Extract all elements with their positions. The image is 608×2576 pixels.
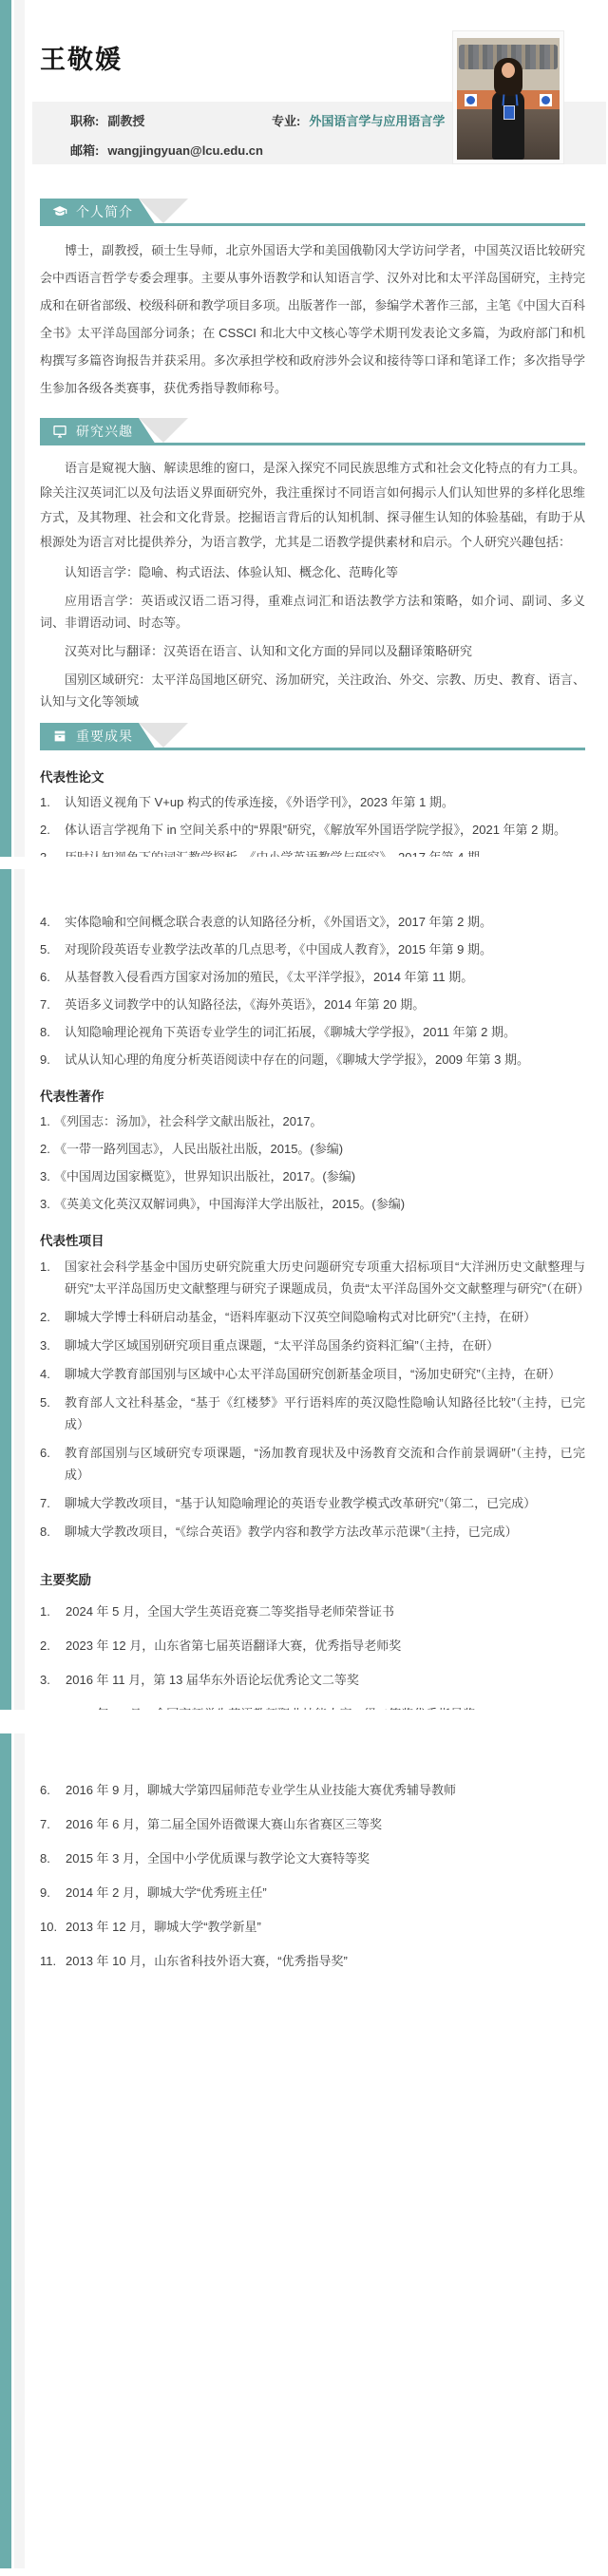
title-row: 职称:副教授 (70, 114, 272, 135)
section-title: 研究兴趣 (76, 422, 133, 441)
intro-paragraph: 博士，副教授，硕士生导师，北京外国语大学和美国俄勒冈大学访问学者，中国英汉语比较… (40, 237, 585, 402)
item-text: 2016 年 12 月，全国高师学生英语教师职业技能大赛一级二等奖优秀指导奖 (66, 1703, 585, 1710)
list-item: 4.实体隐喻和空间概念联合表意的认知路径分析，《外国语文》，2017 年第 2 … (40, 911, 585, 933)
awards-list-part1: 1.2024 年 5 月，全国大学生英语竞赛二等奖指导老师荣誉证书2.2023 … (40, 1601, 585, 1710)
list-item: 3.2016 年 11 月，第 13 届华东外语论坛优秀论文二等奖 (40, 1669, 585, 1691)
list-item: 6.从基督教入侵看西方国家对汤加的殖民，《太平洋学报》，2014 年第 11 期… (40, 966, 585, 988)
books-list: 1.《列国志：汤加》，社会科学文献出版社，2017。2.《一带一路列国志》，人民… (40, 1110, 585, 1215)
left-gutter (14, 869, 25, 1710)
list-item: 10.2013 年 12 月，聊城大学“教学新星” (40, 1916, 585, 1938)
photo-lanyard (502, 94, 518, 105)
item-text: 历时认知视角下的词汇教学探析，《中小学英语教学与研究》，2017 年第 4 期。 (65, 846, 585, 857)
list-item: 7.聊城大学教改项目，“基于认知隐喻理论的英语专业教学模式改革研究”（第二，已完… (40, 1492, 585, 1514)
page-1: 王敬媛 职称:副教授 专业:外国语言学与应用语言学 邮箱:wangjingyua… (0, 0, 608, 857)
papers-list-part2: 4.实体隐喻和空间概念联合表意的认知路径分析，《外国语文》，2017 年第 2 … (40, 911, 585, 1070)
item-number: 3. (40, 1669, 66, 1691)
item-number: 8. (40, 1021, 65, 1043)
list-item: 9.2014 年 2 月，聊城大学“优秀班主任” (40, 1882, 585, 1904)
monitor-icon (52, 424, 67, 439)
item-number: 10. (40, 1916, 66, 1938)
item-text: 教育部人文社科基金，“基于《红楼梦》平行语料库的英汉隐性隐喻认知路径比较”（主持… (65, 1392, 585, 1435)
papers-heading: 代表性论文 (40, 767, 585, 786)
list-item: 5.对现阶段英语专业教学法改革的几点思考，《中国成人教育》，2015 年第 9 … (40, 938, 585, 960)
item-number: 1. (40, 1601, 66, 1622)
projects-heading: 代表性项目 (40, 1230, 585, 1249)
item-number: 4. (40, 911, 65, 933)
item-text: 2023 年 12 月，山东省第七届英语翻译大赛，优秀指导老师奖 (66, 1635, 585, 1657)
item-number: 2. (40, 1635, 66, 1657)
item-text: 2013 年 10 月，山东省科技外语大赛，“优秀指导奖” (66, 1950, 585, 1972)
item-text: 2015 年 3 月，全国中小学优质课与教学论文大赛特等奖 (66, 1847, 585, 1869)
item-text: 2016 年 6 月，第二届全国外语微课大赛山东省赛区三等奖 (66, 1813, 585, 1835)
item-text: 认知隐喻理论视角下英语专业学生的词汇拓展，《聊城大学学报》，2011 年第 2 … (65, 1021, 585, 1043)
item-number: 4. (40, 1363, 65, 1385)
title-label: 职称: (70, 114, 99, 128)
list-item: 6.2016 年 9 月，聊城大学第四届师范专业学生从业技能大赛优秀辅导教师 (40, 1779, 585, 1801)
item-number: 9. (40, 1049, 65, 1070)
item-number: 7. (40, 1492, 65, 1514)
major-value: 外国语言学与应用语言学 (309, 114, 445, 128)
item-number: 1. (40, 791, 65, 813)
papers-list-part1: 1.认知语义视角下 V+up 构式的传承连接，《外语学刊》，2023 年第 1 … (40, 791, 585, 857)
page-2: 4.实体隐喻和空间概念联合表意的认知路径分析，《外国语文》，2017 年第 2 … (0, 869, 608, 1710)
list-item: 1.认知语义视角下 V+up 构式的传承连接，《外语学刊》，2023 年第 1 … (40, 791, 585, 813)
item-text: 聊城大学博士科研启动基金，“语料库驱动下汉英空间隐喻构式对比研究”（主持，在研） (65, 1306, 585, 1328)
item-text: 从基督教入侵看西方国家对汤加的殖民，《太平洋学报》，2014 年第 11 期。 (65, 966, 585, 988)
list-item: 8.认知隐喻理论视角下英语专业学生的词汇拓展，《聊城大学学报》，2011 年第 … (40, 1021, 585, 1043)
left-gutter (14, 1733, 25, 2568)
item-text: 聊城大学教育部国别与区域中心太平洋岛国研究创新基金项目，“汤加史研究”（主持，在… (65, 1363, 585, 1385)
item-number: 8. (40, 1521, 65, 1543)
interest-item: 认知语言学：隐喻、构式语法、体验认知、概念化、范畴化等 (40, 561, 585, 583)
item-text: 对现阶段英语专业教学法改革的几点思考，《中国成人教育》，2015 年第 9 期。 (65, 938, 585, 960)
section-header-interests: 研究兴趣 (40, 418, 585, 446)
item-text: 实体隐喻和空间概念联合表意的认知路径分析，《外国语文》，2017 年第 2 期。 (65, 911, 585, 933)
list-item: 2.体认语言学视角下 in 空间关系中的“界限”研究，《解放军外国语学院学报》，… (40, 819, 585, 841)
item-number: 1. (40, 1256, 65, 1299)
item-text: 《中国周边国家概览》，世界知识出版社，2017。(参编) (54, 1165, 585, 1187)
list-item: 3.《英美文化英汉双解词典》，中国海洋大学出版社，2015。(参编) (40, 1193, 585, 1215)
list-item: 8.聊城大学教改项目，“《综合英语》教学内容和教学方法改革示范课”（主持，已完成… (40, 1521, 585, 1543)
list-item: 9.试从认知心理的角度分析英语阅读中存在的问题，《聊城大学学报》，2009 年第… (40, 1049, 585, 1070)
item-text: 英语多义词教学中的认知路径法，《海外英语》，2014 年第 20 期。 (65, 994, 585, 1015)
item-text: 体认语言学视角下 in 空间关系中的“界限”研究，《解放军外国语学院学报》，20… (65, 819, 585, 841)
item-number: 7. (40, 1813, 66, 1835)
item-text: 认知语义视角下 V+up 构式的传承连接，《外语学刊》，2023 年第 1 期。 (65, 791, 585, 813)
item-text: 2014 年 2 月，聊城大学“优秀班主任” (66, 1882, 585, 1904)
item-text: 教育部国别与区域研究专项课题，“汤加教育现状及中汤教育交流和合作前景调研”（主持… (65, 1442, 585, 1486)
list-item: 1.《列国志：汤加》，社会科学文献出版社，2017。 (40, 1110, 585, 1132)
list-item: 8.2015 年 3 月，全国中小学优质课与教学论文大赛特等奖 (40, 1847, 585, 1869)
profile-photo (452, 30, 564, 164)
photo-badge (503, 105, 515, 120)
item-text: 聊城大学教改项目，“《综合英语》教学内容和教学方法改革示范课”（主持，已完成） (65, 1521, 585, 1543)
list-item: 1.国家社会科学基金中国历史研究院重大历史问题研究专项重大招标项目“大洋洲历史文… (40, 1256, 585, 1299)
item-number: 1. (40, 1110, 54, 1132)
item-number: 3. (40, 1193, 54, 1215)
list-item: 2.《一带一路列国志》，人民出版社出版，2015。(参编) (40, 1138, 585, 1160)
interest-item: 应用语言学：英语或汉语二语习得，重难点词汇和语法教学方法和策略，如介词、副词、多… (40, 590, 585, 634)
email-label: 邮箱: (70, 143, 99, 158)
list-item: 7.2016 年 6 月，第二届全国外语微课大赛山东省赛区三等奖 (40, 1813, 585, 1835)
item-number: 3. (40, 1165, 54, 1187)
item-text: 2013 年 12 月，聊城大学“教学新星” (66, 1916, 585, 1938)
item-number: 9. (40, 1882, 66, 1904)
item-text: 《列国志：汤加》，社会科学文献出版社，2017。 (54, 1110, 585, 1132)
item-number: 8. (40, 1847, 66, 1869)
list-item: 7.英语多义词教学中的认知路径法，《海外英语》，2014 年第 20 期。 (40, 994, 585, 1015)
list-item: 3.《中国周边国家概览》，世界知识出版社，2017。(参编) (40, 1165, 585, 1187)
photo-person-face (502, 63, 515, 78)
left-gutter (14, 0, 25, 857)
item-number: 2. (40, 1138, 54, 1160)
list-item: 2.聊城大学博士科研启动基金，“语料库驱动下汉英空间隐喻构式对比研究”（主持，在… (40, 1306, 585, 1328)
item-text: 国家社会科学基金中国历史研究院重大历史问题研究专项重大招标项目“大洋洲历史文献整… (65, 1256, 585, 1299)
list-item: 3.历时认知视角下的词汇教学探析，《中小学英语教学与研究》，2017 年第 4 … (40, 846, 585, 857)
section-title: 重要成果 (76, 727, 133, 746)
section-flag: 研究兴趣 (40, 418, 156, 445)
item-text: 《英美文化英汉双解词典》，中国海洋大学出版社，2015。(参编) (54, 1193, 585, 1215)
item-text: 《一带一路列国志》，人民出版社出版，2015。(参编) (54, 1138, 585, 1160)
item-number: 6. (40, 1779, 66, 1801)
email-row: 邮箱:wangjingyuan@lcu.edu.cn (70, 143, 272, 164)
interest-item: 汉英对比与翻译：汉英语在语言、认知和文化方面的异同以及翻译策略研究 (40, 640, 585, 662)
list-item: 2.2023 年 12 月，山东省第七届英语翻译大赛，优秀指导老师奖 (40, 1635, 585, 1657)
section-flag: 重要成果 (40, 723, 156, 749)
list-item: 3.聊城大学区域国别研究项目重点课题，“太平洋岛国条约资料汇编”（主持，在研） (40, 1335, 585, 1356)
interests-paragraph: 语言是窥视大脑、解读思维的窗口，是深入探究不同民族思维方式和社会文化特点的有力工… (40, 456, 585, 555)
title-value: 副教授 (107, 114, 144, 128)
email-value: wangjingyuan@lcu.edu.cn (107, 143, 263, 158)
item-number: 4. (40, 1703, 66, 1710)
left-accent-strip (0, 0, 11, 857)
item-number: 5. (40, 1392, 65, 1435)
section-title: 个人简介 (76, 202, 133, 221)
item-text: 2016 年 11 月，第 13 届华东外语论坛优秀论文二等奖 (66, 1669, 585, 1691)
interest-list: 认知语言学：隐喻、构式语法、体验认知、概念化、范畴化等应用语言学：英语或汉语二语… (40, 561, 585, 712)
list-item: 4.2016 年 12 月，全国高师学生英语教师职业技能大赛一级二等奖优秀指导奖 (40, 1703, 585, 1710)
photo-right-logo (540, 94, 552, 106)
major-label: 专业: (272, 114, 300, 128)
photo-left-logo (465, 94, 477, 106)
awards-list-part2: 6.2016 年 9 月，聊城大学第四届师范专业学生从业技能大赛优秀辅导教师7.… (40, 1779, 585, 1972)
item-number: 3. (40, 846, 65, 857)
item-number: 11. (40, 1950, 66, 1972)
interest-item: 国别区域研究：太平洋岛国地区研究、汤加研究，关注政治、外交、宗教、历史、教育、语… (40, 669, 585, 712)
section-header-achievements: 重要成果 (40, 723, 585, 751)
item-text: 聊城大学教改项目，“基于认知隐喻理论的英语专业教学模式改革研究”（第二，已完成） (65, 1492, 585, 1514)
archive-box-icon (52, 729, 67, 744)
awards-heading: 主要奖励 (40, 1569, 585, 1588)
section-flag: 个人简介 (40, 199, 156, 225)
item-text: 2016 年 9 月，聊城大学第四届师范专业学生从业技能大赛优秀辅导教师 (66, 1779, 585, 1801)
item-text: 试从认知心理的角度分析英语阅读中存在的问题，《聊城大学学报》，2009 年第 3… (65, 1049, 585, 1070)
list-item: 4.聊城大学教育部国别与区域中心太平洋岛国研究创新基金项目，“汤加史研究”（主持… (40, 1363, 585, 1385)
list-item: 6.教育部国别与区域研究专项课题，“汤加教育现状及中汤教育交流和合作前景调研”（… (40, 1442, 585, 1486)
item-number: 7. (40, 994, 65, 1015)
left-accent-strip (0, 869, 11, 1710)
projects-list: 1.国家社会科学基金中国历史研究院重大历史问题研究专项重大招标项目“大洋洲历史文… (40, 1256, 585, 1543)
page-3: 6.2016 年 9 月，聊城大学第四届师范专业学生从业技能大赛优秀辅导教师7.… (0, 1733, 608, 2568)
item-number: 5. (40, 938, 65, 960)
item-number: 3. (40, 1335, 65, 1356)
item-text: 聊城大学区域国别研究项目重点课题，“太平洋岛国条约资料汇编”（主持，在研） (65, 1335, 585, 1356)
item-number: 6. (40, 1442, 65, 1486)
section-header-intro: 个人简介 (40, 199, 585, 227)
item-text: 2024 年 5 月，全国大学生英语竞赛二等奖指导老师荣誉证书 (66, 1601, 585, 1622)
item-number: 2. (40, 819, 65, 841)
books-heading: 代表性著作 (40, 1086, 585, 1105)
list-item: 1.2024 年 5 月，全国大学生英语竞赛二等奖指导老师荣誉证书 (40, 1601, 585, 1622)
list-item: 11.2013 年 10 月，山东省科技外语大赛，“优秀指导奖” (40, 1950, 585, 1972)
left-accent-strip (0, 1733, 11, 2568)
list-item: 5.教育部人文社科基金，“基于《红楼梦》平行语料库的英汉隐性隐喻认知路径比较”（… (40, 1392, 585, 1435)
item-number: 2. (40, 1306, 65, 1328)
graduation-cap-icon (52, 204, 67, 219)
item-number: 6. (40, 966, 65, 988)
